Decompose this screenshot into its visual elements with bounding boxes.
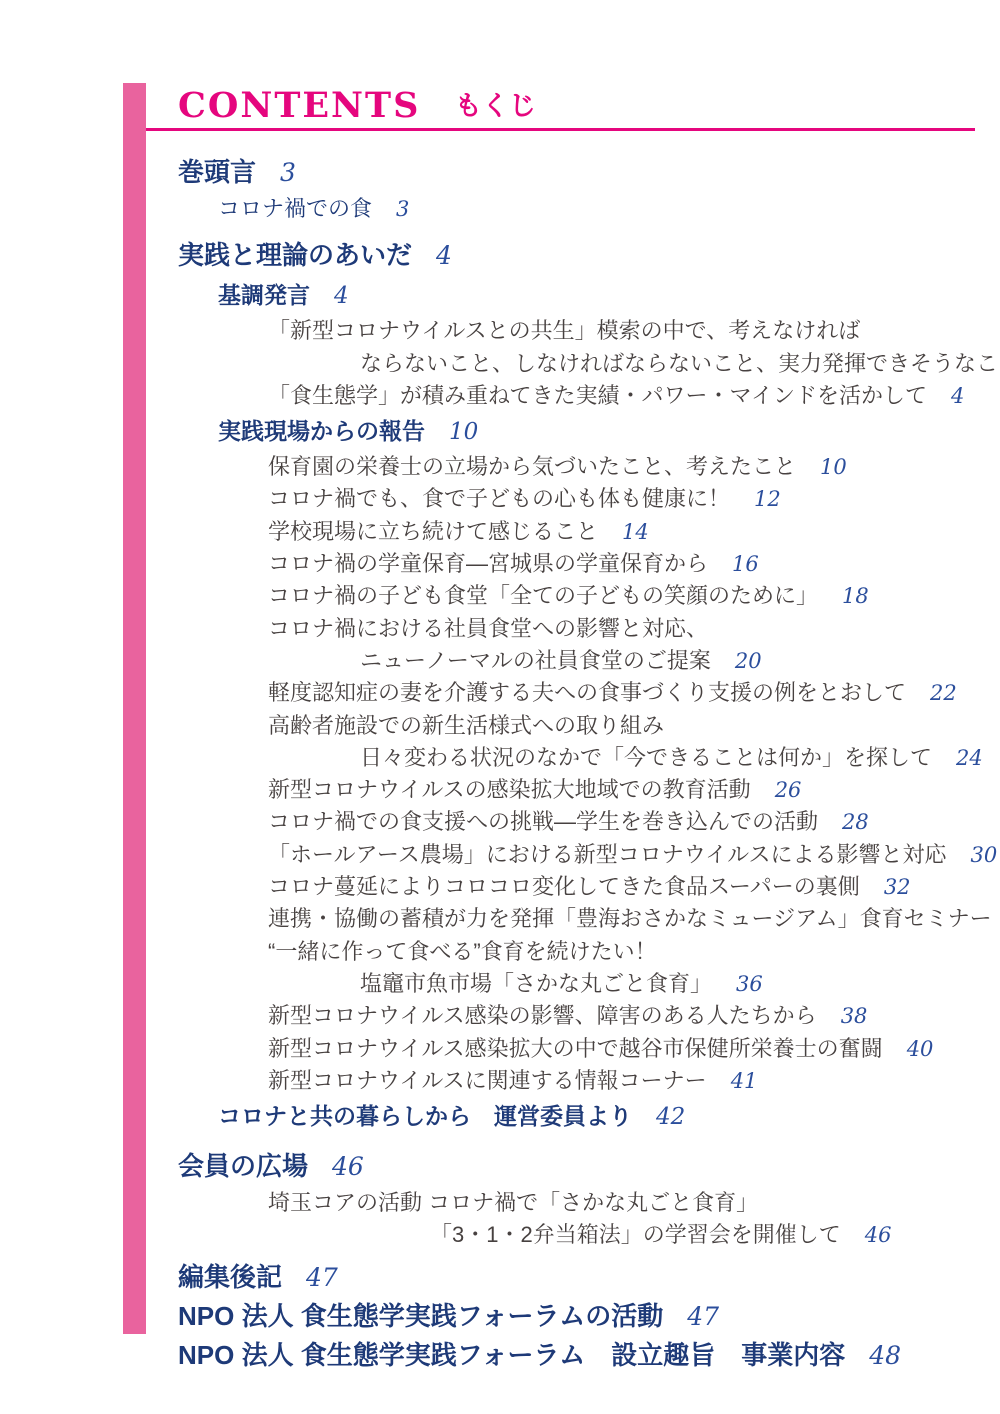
toc-entry-title: 新型コロナウイルスの感染拡大地域での教育活動	[268, 777, 751, 802]
page-number: 47	[306, 1263, 338, 1292]
toc-entry: 実践と理論のあいだ4	[178, 235, 988, 276]
toc-entry: 連携・協働の蓄積が力を発揮「豊海おさかなミュージアム」食育セミナー34	[178, 903, 988, 935]
toc-entry: 保育園の栄養士の立場から気づいたこと、考えたこと10	[178, 451, 988, 483]
page-number: 24	[956, 746, 983, 770]
page-number: 38	[841, 1004, 868, 1028]
toc-entry: コロナ禍でも、食で子どもの心も体も健康に！12	[178, 483, 988, 515]
toc-entry-title: 新型コロナウイルスに関連する情報コーナー	[268, 1068, 707, 1093]
toc-entry: コロナ禍の学童保育―宮城県の学童保育から16	[178, 548, 988, 580]
toc-entry-title: 編集後記	[178, 1262, 282, 1292]
page-number: 14	[622, 520, 649, 544]
toc-entry: コロナ禍における社員食堂への影響と対応、	[178, 613, 988, 645]
toc-entry-title: コロナ禍の学童保育―宮城県の学童保育から	[268, 551, 708, 576]
page-number: 10	[820, 455, 847, 479]
toc-entry: 埼玉コアの活動 コロナ禍で「さかな丸ごと食育」	[178, 1187, 988, 1219]
page-number: 3	[280, 158, 296, 187]
header-divider-line	[146, 128, 975, 131]
toc-entry-title: NPO 法人 食生態学実践フォーラム 設立趣旨 事業内容	[178, 1340, 845, 1370]
toc-entry: コロナ禍の子ども食堂「全ての子どもの笑顔のために」18	[178, 580, 988, 612]
toc-entry: 高齢者施設での新生活様式への取り組み	[178, 710, 988, 742]
toc-entry: コロナ禍での食支援への挑戦―学生を巻き込んでの活動28	[178, 806, 988, 838]
page-number: 28	[842, 810, 869, 834]
toc-entry: 塩竈市魚市場「さかな丸ごと食育」36	[178, 968, 988, 1000]
page-number: 32	[884, 875, 911, 899]
toc-entry-title: ニューノーマルの社員食堂のご提案	[360, 648, 711, 673]
toc-entry-title: 新型コロナウイルス感染拡大の中で越谷市保健所栄養士の奮闘	[268, 1036, 883, 1061]
page-title-japanese: もくじ	[455, 84, 536, 123]
page-number: 46	[865, 1223, 892, 1247]
page-number: 4	[334, 283, 349, 309]
toc-entry: コロナ禍での食3	[178, 193, 988, 225]
toc-entry-title: 「3・1・2弁当箱法」の学習会を開催して	[430, 1222, 841, 1247]
page-number: 30	[970, 843, 997, 867]
toc-entry-title: 軽度認知症の妻を介護する夫への食事づくり支援の例をとおして	[268, 680, 906, 705]
page-number: 3	[396, 197, 409, 221]
page-number: 22	[930, 681, 957, 705]
page-number: 12	[754, 487, 781, 511]
toc-entry: 新型コロナウイルスに関連する情報コーナー41	[178, 1065, 988, 1097]
toc-entry-title: 保育園の栄養士の立場から気づいたこと、考えたこと	[268, 454, 796, 479]
toc-entry: 学校現場に立ち続けて感じること14	[178, 516, 988, 548]
toc-entry-title: 実践と理論のあいだ	[178, 240, 412, 270]
toc-entry-title: コロナ禍でも、食で子どもの心も体も健康に！	[268, 486, 730, 511]
toc-entry-title: 会員の広場	[178, 1151, 308, 1181]
page-number: 4	[436, 241, 452, 270]
page-number: 46	[332, 1152, 364, 1181]
page-number: 40	[907, 1037, 934, 1061]
toc-entry-title: 高齢者施設での新生活様式への取り組み	[268, 713, 664, 738]
contents-page: CONTENTS もくじ 巻頭言3コロナ禍での食3実践と理論のあいだ4基調発言4…	[0, 0, 1000, 1414]
page-number: 42	[656, 1104, 685, 1130]
page-number: 41	[731, 1069, 758, 1093]
toc-entry-title: コロナ禍における社員食堂への影響と対応、	[268, 616, 708, 641]
toc-entry-title: ならないこと、しなければならないこと、実力発揮できそうなこと	[360, 351, 1000, 376]
page-title-english: CONTENTS	[178, 85, 420, 126]
page-number: 18	[842, 584, 869, 608]
toc-entry: NPO 法人 食生態学実践フォーラム 設立趣旨 事業内容48	[178, 1336, 988, 1375]
toc-entry-title: “一緒に作って食べる”食育を続けたい！	[268, 939, 657, 964]
toc-entry: 軽度認知症の妻を介護する夫への食事づくり支援の例をとおして22	[178, 677, 988, 709]
toc-entry: 編集後記47	[178, 1258, 988, 1297]
page-number: 36	[736, 972, 763, 996]
page-number: 48	[869, 1341, 901, 1370]
toc-entry-title: 新型コロナウイルス感染の影響、障害のある人たちから	[268, 1003, 817, 1028]
toc-entry-title: 基調発言	[218, 282, 310, 308]
toc-entry-title: 連携・協働の蓄積が力を発揮「豊海おさかなミュージアム」食育セミナー	[268, 906, 992, 931]
toc-entry: ならないこと、しなければならないこと、実力発揮できそうなこと	[178, 348, 988, 380]
toc-entry: 実践現場からの報告10	[178, 412, 988, 451]
toc-entry: “一緒に作って食べる”食育を続けたい！	[178, 936, 988, 968]
toc-entry-title: 「新型コロナウイルスとの共生」模索の中で、考えなければ	[268, 318, 860, 343]
toc-entry-title: 「食生態学」が積み重ねてきた実績・パワー・マインドを活かして	[268, 383, 927, 408]
toc-entry-title: コロナと共の暮らしから 運営委員より	[218, 1103, 632, 1129]
toc-entry-title: コロナ禍の子ども食堂「全ての子どもの笑顔のために」	[268, 583, 818, 608]
toc-entry: コロナ蔓延によりコロコロ変化してきた食品スーパーの裏側32	[178, 871, 988, 903]
toc-entry: 会員の広場46	[178, 1146, 988, 1187]
page-number: 20	[735, 649, 762, 673]
toc-entry: 新型コロナウイルス感染拡大の中で越谷市保健所栄養士の奮闘40	[178, 1033, 988, 1065]
page-number: 26	[775, 778, 802, 802]
toc-entry: コロナと共の暮らしから 運営委員より42	[178, 1097, 988, 1136]
toc-entry: 「新型コロナウイルスとの共生」模索の中で、考えなければ	[178, 315, 988, 347]
toc-entry-title: 「ホールアース農場」における新型コロナウイルスによる影響と対応	[268, 842, 946, 867]
toc-entry: 新型コロナウイルスの感染拡大地域での教育活動26	[178, 774, 988, 806]
page-number: 10	[449, 419, 478, 445]
toc-entry-title: コロナ禍での食	[218, 196, 372, 221]
toc-entry: 日々変わる状況のなかで「今できることは何か」を探して24	[178, 742, 988, 774]
toc-entry: ニューノーマルの社員食堂のご提案20	[178, 645, 988, 677]
toc-entry-title: コロナ禍での食支援への挑戦―学生を巻き込んでの活動	[268, 809, 818, 834]
page-number: 47	[687, 1302, 719, 1331]
toc-entry: NPO 法人 食生態学実践フォーラムの活動47	[178, 1297, 988, 1336]
table-of-contents: 巻頭言3コロナ禍での食3実践と理論のあいだ4基調発言4「新型コロナウイルスとの共…	[178, 142, 988, 1375]
page-header: CONTENTS もくじ	[178, 84, 536, 130]
toc-entry-title: 日々変わる状況のなかで「今できることは何か」を探して	[360, 745, 932, 770]
toc-entry: 「ホールアース農場」における新型コロナウイルスによる影響と対応30	[178, 839, 988, 871]
toc-entry: 新型コロナウイルス感染の影響、障害のある人たちから38	[178, 1000, 988, 1032]
toc-entry-title: コロナ蔓延によりコロコロ変化してきた食品スーパーの裏側	[268, 874, 860, 899]
page-number: 4	[951, 384, 964, 408]
toc-entry: 「3・1・2弁当箱法」の学習会を開催して46	[178, 1219, 988, 1251]
toc-entry: 基調発言4	[178, 276, 988, 315]
toc-entry: 巻頭言3	[178, 152, 988, 193]
toc-entry-title: 埼玉コアの活動 コロナ禍で「さかな丸ごと食育」	[268, 1190, 758, 1215]
toc-entry-title: 巻頭言	[178, 157, 256, 187]
toc-entry-title: 塩竈市魚市場「さかな丸ごと食育」	[360, 971, 712, 996]
page-number: 16	[732, 552, 759, 576]
toc-entry-title: 学校現場に立ち続けて感じること	[268, 519, 598, 544]
toc-entry-title: NPO 法人 食生態学実践フォーラムの活動	[178, 1301, 663, 1331]
toc-entry: 「食生態学」が積み重ねてきた実績・パワー・マインドを活かして4	[178, 380, 988, 412]
left-accent-bar	[123, 83, 146, 1334]
toc-entry-title: 実践現場からの報告	[218, 418, 425, 444]
